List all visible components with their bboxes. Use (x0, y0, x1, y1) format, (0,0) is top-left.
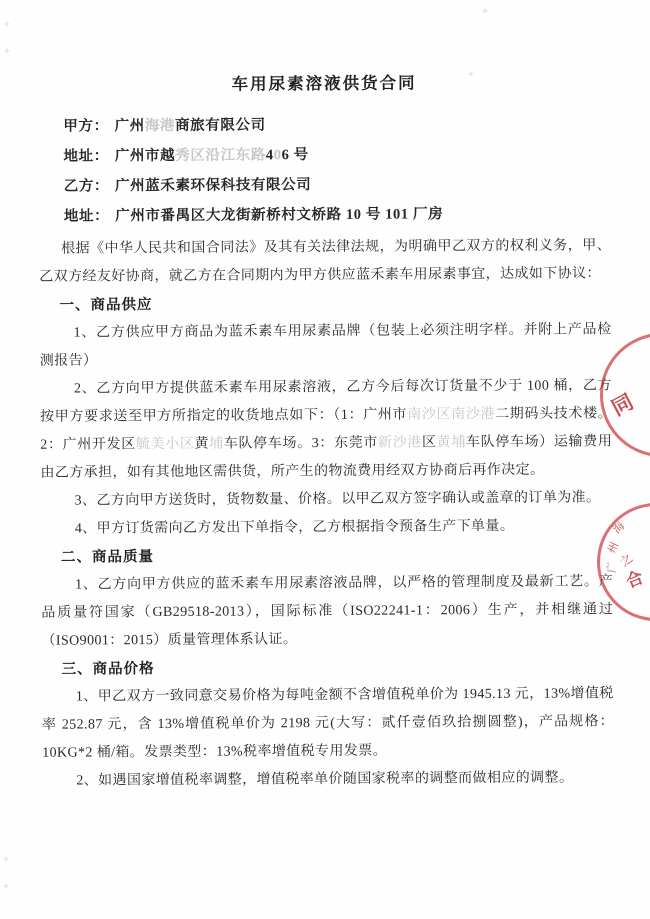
contract-paragraph: 1、乙方供应甲方商品为蓝禾素车用尿素品牌（包装上必须注明字样。并附上产品检测报告… (40, 316, 612, 375)
section-heading: 二、商品质量 (61, 540, 613, 571)
party-value: 广州蓝禾素环保科技有限公司 (115, 177, 311, 194)
text-run: 区 (422, 435, 437, 450)
faded-scan-text: 0 (274, 147, 282, 163)
contract-paragraph: 2、乙方向甲方提供蓝禾素车用尿素溶液，乙方今后每次订货量不少于 100 桶，乙方… (40, 372, 613, 487)
contract-paragraph: 4、甲方订货需向乙方发出下单指令，乙方根据指令预备生产下单量。 (41, 512, 613, 543)
text-run: 4、甲方订货需向乙方发出下单指令，乙方根据指令预备生产下单量。 (75, 519, 514, 537)
party-line: 地址：广州市越秀区沿江东路406 号 (63, 138, 610, 171)
party-label: 地址： (63, 148, 108, 164)
party-value: 广州海港商旅有限公司 (115, 117, 266, 134)
faded-scan-text: 海港 (145, 118, 175, 134)
text-run: 车队停车场。3：东莞市 (224, 436, 378, 452)
text-run: 广州 (115, 118, 145, 134)
document-title: 车用尿素溶液供货合同 (38, 68, 610, 95)
party-value: 广州市越秀区沿江东路406 号 (115, 147, 309, 164)
scan-registration-mark: + (3, 854, 9, 865)
contract-paragraph: 1、甲乙双方一致同意交易价格为每吨金额不含增值税单价为 1945.13 元，13… (42, 680, 615, 767)
text-run: 黄 (194, 437, 209, 452)
party-value: 广州市番禺区大龙街新桥村文桥路 10 号 101 厂房 (115, 206, 443, 224)
faded-scan-text: 南沙区南沙港 (407, 407, 495, 423)
scan-registration-mark: + (3, 881, 9, 892)
faded-scan-text: 毓美小区 (136, 437, 195, 452)
party-info: 甲方：广州海港商旅有限公司地址：广州市越秀区沿江东路406 号乙方：广州蓝禾素环… (38, 108, 611, 231)
sections: 一、商品供应1、乙方供应甲方商品为蓝禾素车用尿素品牌（包装上必须注明字样。并附上… (39, 288, 614, 795)
seal-ring-character: 广 (607, 562, 618, 573)
text-run: 1、乙方供应甲方商品为蓝禾素车用尿素品牌（包装上必须注明字样。并附上产品检测报告… (40, 322, 612, 368)
party-label: 地址： (64, 208, 109, 224)
party-label: 乙方： (64, 178, 109, 194)
seal-ring-character: 海 (612, 520, 628, 536)
text-run: 6 号 (282, 147, 309, 163)
text-run: 1、乙方向甲方供应的蓝禾素车用尿素溶液品牌，以严格的管理制度及最新工艺。产品质量… (41, 574, 613, 648)
faded-scan-text: 埔 (209, 437, 224, 452)
party-line: 乙方：广州蓝禾素环保科技有限公司 (64, 168, 611, 201)
text-run: 广州市番禺区大龙街新桥村文桥路 10 号 101 厂房 (115, 206, 443, 224)
text-run: 商旅有限公司 (175, 117, 266, 134)
seal-ring-character: 州 (607, 541, 622, 556)
section-heading: 三、商品价格 (62, 652, 614, 683)
text-run: 1、甲乙双方一致同意交易价格为每吨金额不含增值税单价为 1945.13 元，13… (42, 686, 614, 760)
text-run: 广州蓝禾素环保科技有限公司 (115, 177, 311, 194)
text-run: 2、如遇国家增值税率调整，增值税率单价随国家税率的调整而做相应的调整。 (76, 770, 573, 788)
text-run: 3、乙方向甲方送货时，货物数量、价格。以甲乙双方签字确认或盖章的订单为准。 (75, 490, 601, 508)
party-line: 甲方：广州海港商旅有限公司 (63, 108, 610, 141)
faded-scan-text: 黄埔 (437, 435, 466, 450)
text-run: 根据《中华人民共和国合同法》及其有关法律法规，为明确甲乙双方的权利义务，甲、乙双… (39, 238, 611, 284)
seal-ring-character: 之 (618, 552, 635, 569)
faded-scan-text: 秀区沿江东路 (175, 147, 266, 164)
contract-paragraph: 1、乙方向甲方供应的蓝禾素车用尿素溶液品牌，以严格的管理制度及最新工艺。产品质量… (41, 568, 614, 655)
seal-center-character: 合 (624, 569, 646, 591)
section-heading: 一、商品供应 (59, 288, 611, 319)
scanned-contract-page: + + + + + + 车用尿素溶液供货合同 甲方：广州海港商旅有限公司地址：广… (0, 0, 650, 919)
preamble-paragraph: 根据《中华人民共和国合同法》及其有关法律法规，为明确甲乙双方的权利义务，甲、乙双… (39, 232, 611, 291)
text-run: 广州市越 (115, 148, 176, 164)
party-label: 甲方： (63, 118, 108, 134)
party-line: 地址：广州市番禺区大龙街新桥村文桥路 10 号 101 厂房 (64, 198, 611, 231)
contract-body: 车用尿素溶液供货合同 甲方：广州海港商旅有限公司地址：广州市越秀区沿江东路406… (0, 0, 650, 796)
faded-scan-text: 新沙港 (378, 435, 422, 450)
contract-paragraph: 3、乙方向甲方送货时，货物数量、价格。以甲乙双方签字确认或盖章的订单为准。 (41, 484, 613, 515)
seal-center-character: 同 (609, 391, 637, 419)
contract-paragraph: 2、如遇国家增值税率调整，增值税率单价随国家税率的调整而做相应的调整。 (42, 764, 614, 795)
